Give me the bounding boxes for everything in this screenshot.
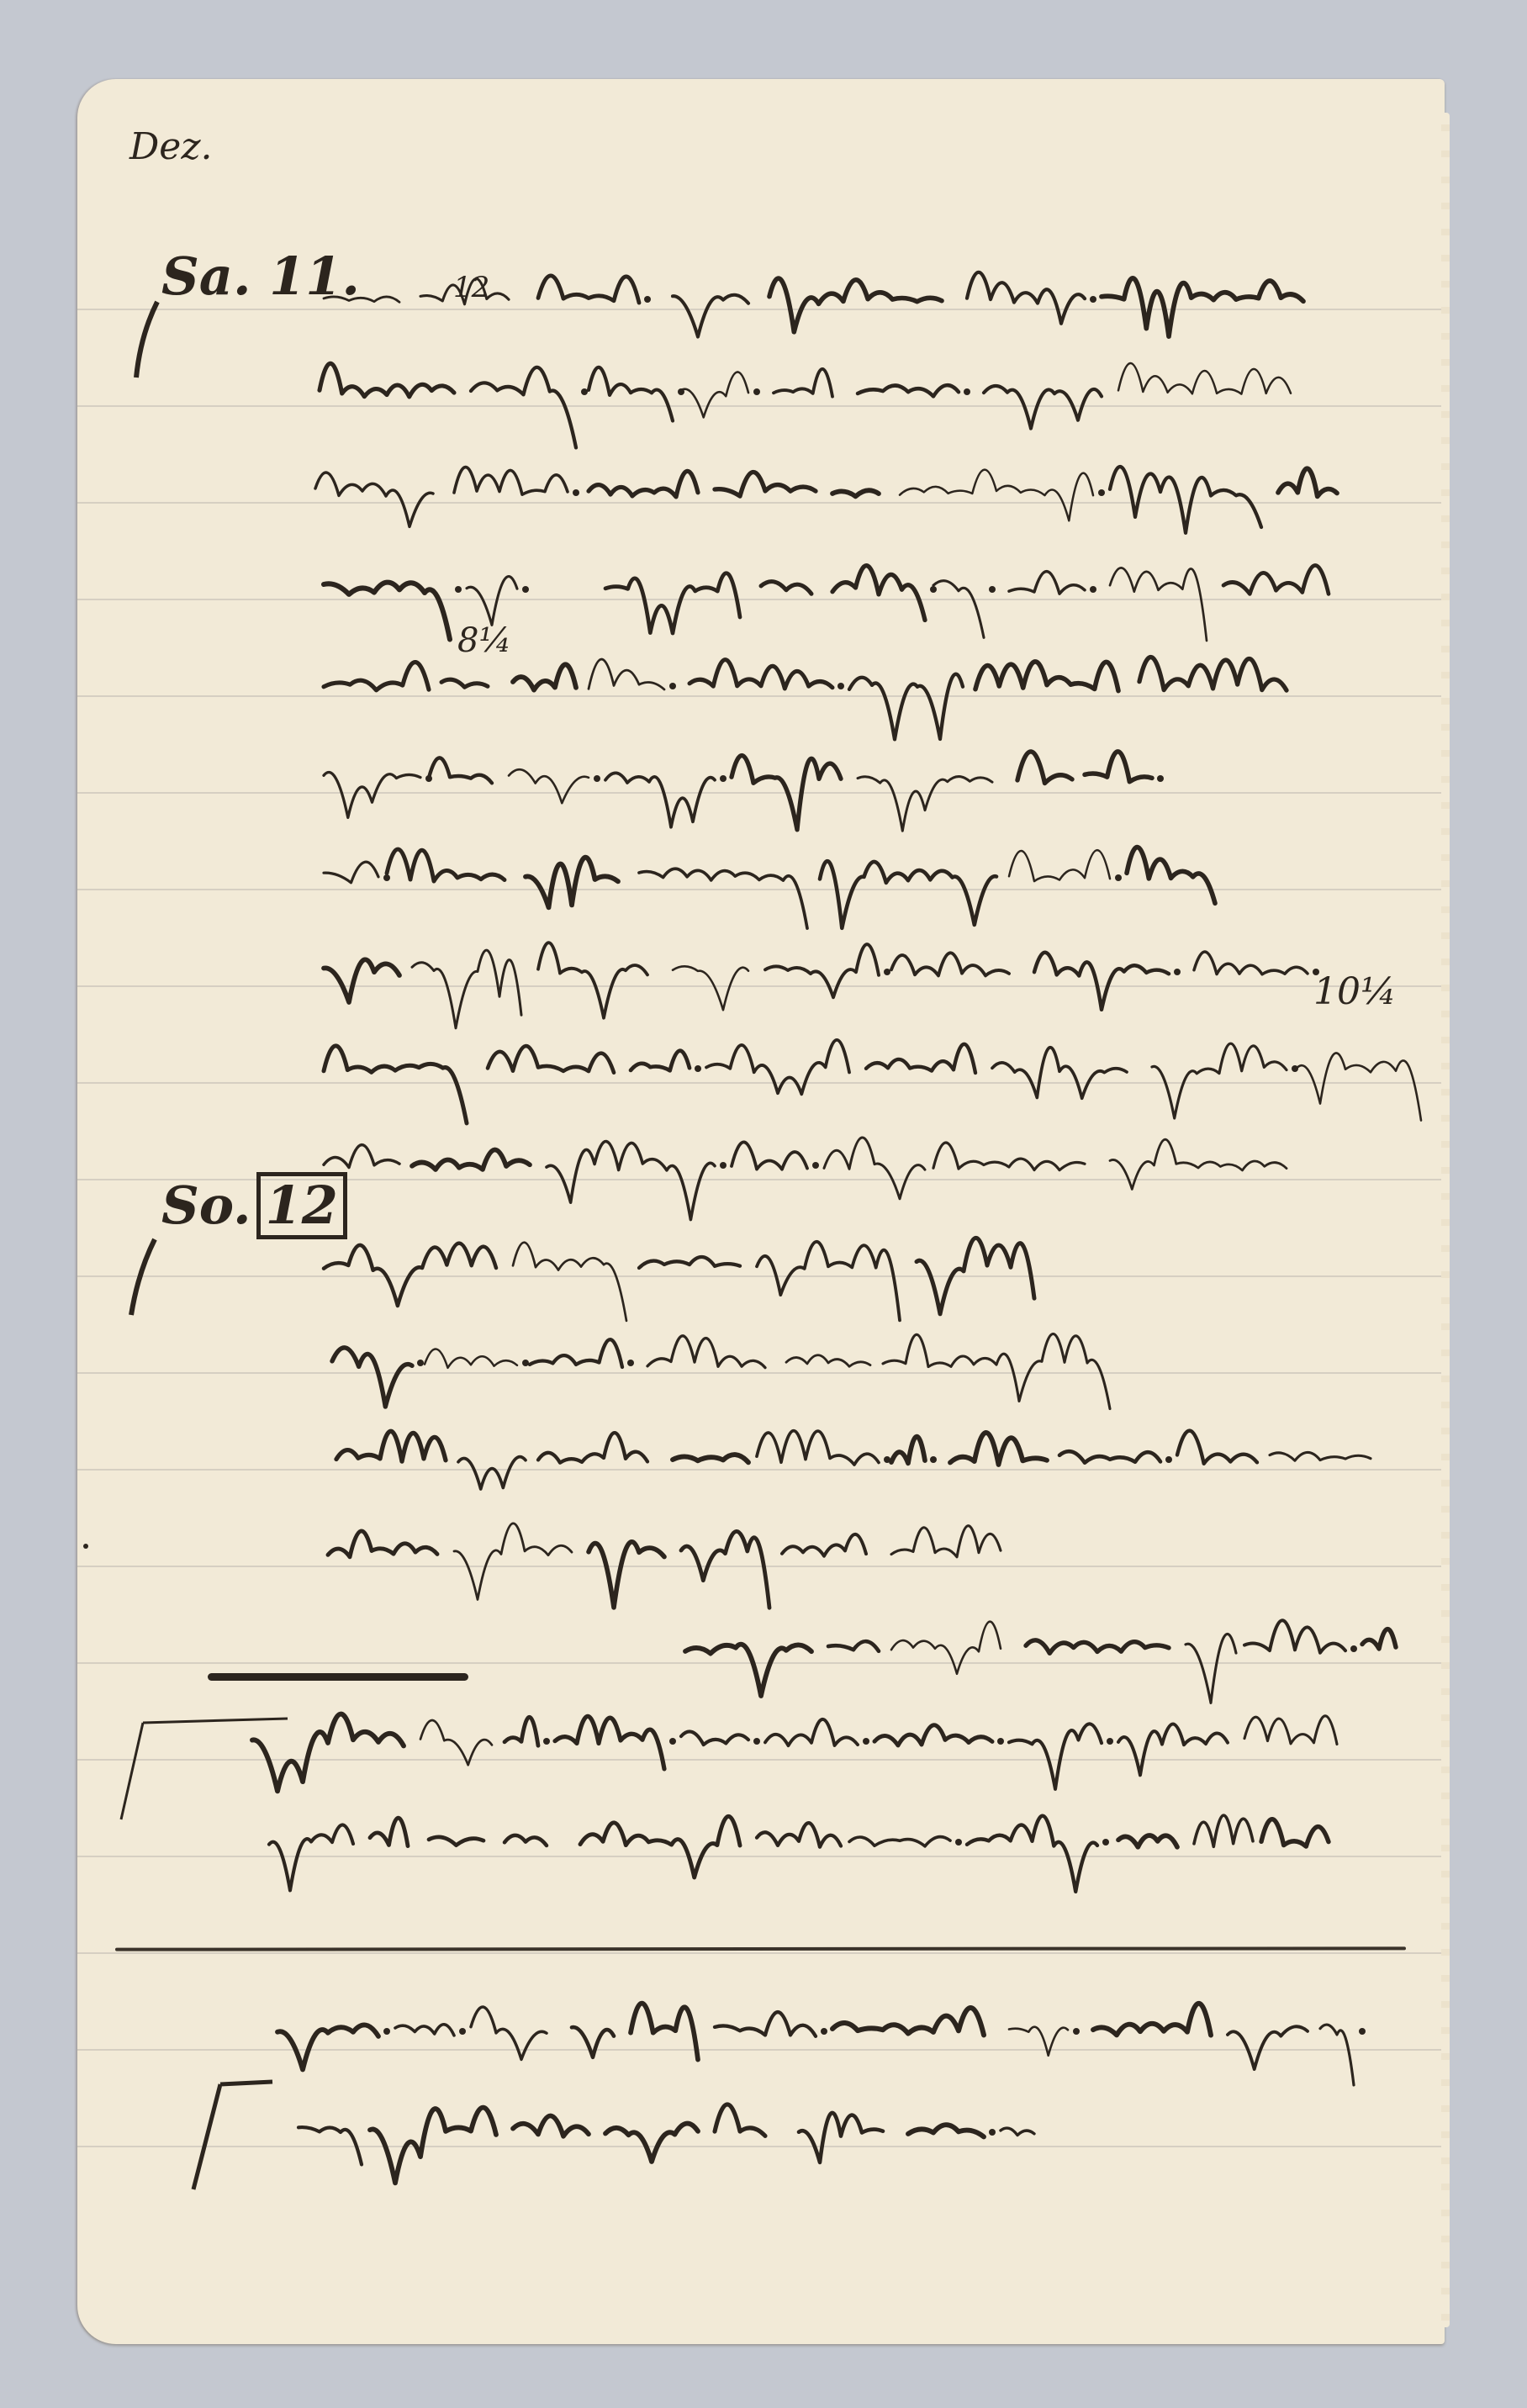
punctuation-dot <box>644 296 651 303</box>
shorthand-word <box>849 1837 950 1846</box>
shorthand-word <box>858 385 959 396</box>
punctuation-dot <box>1102 1839 1109 1846</box>
shorthand-word <box>299 2127 362 2164</box>
shorthand-word <box>1110 568 1207 641</box>
shorthand-word <box>324 862 378 883</box>
shorthand-word <box>1009 2027 1068 2056</box>
shorthand-word <box>420 1720 492 1765</box>
shorthand-word <box>1177 1431 1257 1464</box>
shorthand-word <box>631 1051 690 1071</box>
shorthand-word <box>715 2104 765 2136</box>
shorthand-word <box>681 1731 748 1745</box>
shorthand-word <box>1139 657 1287 691</box>
shorthand-word <box>1261 1819 1329 1846</box>
shorthand-word <box>324 663 429 690</box>
punctuation-dot <box>753 1738 760 1745</box>
shorthand-word <box>1009 572 1085 594</box>
shorthand-word <box>324 773 420 818</box>
shorthand-word <box>336 1431 446 1461</box>
shorthand-word <box>765 1719 858 1745</box>
shorthand-word <box>1017 752 1072 784</box>
shorthand-word <box>1059 1451 1160 1463</box>
shorthand-word <box>538 1433 647 1463</box>
shorthand-word <box>1362 1629 1396 1649</box>
punctuation-dot <box>581 388 588 395</box>
punctuation-dot <box>1350 1645 1357 1652</box>
shorthand-word <box>605 573 740 633</box>
shorthand-word <box>605 773 715 826</box>
day-label-descender-icon <box>131 1239 155 1315</box>
notebook-page: Dez. Sa. 11. So.12 12 8¼ 10¼ <box>77 79 1445 2344</box>
shorthand-word <box>1001 2128 1034 2135</box>
shorthand-word <box>315 473 433 526</box>
shorthand-word <box>324 959 399 1002</box>
shorthand-word <box>605 2124 698 2162</box>
shorthand-word <box>824 1138 925 1199</box>
shorthand-word <box>1244 1716 1337 1745</box>
shorthand-word <box>933 581 984 638</box>
shorthand-word <box>412 950 521 1028</box>
punctuation-dot <box>459 2028 466 2035</box>
shorthand-word <box>1194 1815 1253 1846</box>
shorthand-word <box>370 1818 408 1846</box>
day-label-descender-icon <box>136 302 157 378</box>
stray-ink-dot <box>83 1544 88 1549</box>
shorthand-word <box>332 1348 412 1407</box>
punctuation-dot <box>955 1839 962 1846</box>
shorthand-word <box>526 858 618 908</box>
shorthand-word <box>891 1526 1001 1557</box>
shorthand-word <box>883 1333 1110 1408</box>
shorthand-word <box>320 363 454 397</box>
shorthand-word <box>685 1645 811 1696</box>
shorthand-word <box>1194 952 1308 974</box>
shorthand-word <box>513 664 576 689</box>
shorthand-word <box>324 1244 496 1306</box>
punctuation-dot <box>837 683 844 689</box>
punctuation-dot <box>417 1360 424 1366</box>
shorthand-word <box>1118 1724 1228 1776</box>
punctuation-dot <box>989 586 996 593</box>
shorthand-word <box>1228 2026 1308 2069</box>
punctuation-dot <box>455 586 462 593</box>
shorthand-word <box>992 1048 1127 1099</box>
shorthand-word <box>1127 848 1215 904</box>
shorthand-word <box>1110 1139 1287 1189</box>
punctuation-dot <box>964 388 970 395</box>
shorthand-word <box>589 367 673 421</box>
punctuation-dot <box>1165 1456 1172 1463</box>
shorthand-word <box>538 943 647 1018</box>
shorthand-word <box>1009 1724 1102 1788</box>
shorthand-word <box>513 2115 589 2136</box>
shorthand-word <box>1093 2004 1211 2036</box>
shorthand-word <box>324 583 450 640</box>
shorthand-word <box>891 1622 1001 1674</box>
punctuation-dot <box>821 2028 827 2035</box>
punctuation-dot <box>753 388 760 395</box>
shorthand-word <box>324 297 399 302</box>
punctuation-dot <box>1313 969 1319 975</box>
shorthand-word <box>673 966 748 1010</box>
shorthand-word <box>757 1823 841 1847</box>
shorthand-word <box>471 2007 547 2059</box>
shorthand-word <box>757 1242 900 1320</box>
punctuation-dot <box>383 2028 390 2035</box>
shorthand-word <box>832 490 879 496</box>
capital-f-glyph <box>193 2082 272 2189</box>
punctuation-dot <box>669 1738 676 1745</box>
shorthand-word <box>324 1046 467 1123</box>
shorthand-word <box>858 777 992 832</box>
shorthand-word <box>900 470 1093 521</box>
shorthand-word <box>975 662 1118 691</box>
shorthand-word <box>984 386 1102 429</box>
shorthand-word <box>715 2012 816 2036</box>
shorthand-word <box>513 1243 626 1321</box>
punctuation-dot <box>930 1456 937 1463</box>
punctuation-dot <box>720 775 727 782</box>
shorthand-word <box>580 1816 740 1877</box>
shorthand-word <box>589 1542 664 1608</box>
shorthand-handwriting <box>77 79 1445 2344</box>
shorthand-word <box>706 1040 849 1094</box>
shorthand-word <box>458 1457 526 1489</box>
punctuation-dot <box>1115 874 1122 881</box>
shorthand-word <box>908 2125 984 2136</box>
shorthand-word <box>488 1046 614 1073</box>
shorthand-word <box>395 2025 454 2036</box>
shorthand-word <box>454 1523 572 1600</box>
shorthand-word <box>252 1714 404 1792</box>
punctuation-dot <box>669 683 676 689</box>
shorthand-word <box>832 566 925 620</box>
shorthand-word <box>1085 752 1152 782</box>
shorthand-word <box>1118 1835 1177 1847</box>
shorthand-word <box>1223 565 1329 594</box>
shorthand-word <box>967 1816 1097 1892</box>
punctuation-dot <box>695 1065 701 1072</box>
shorthand-word <box>429 1837 483 1846</box>
shorthand-word <box>1118 363 1291 394</box>
punctuation-dot <box>863 1738 869 1745</box>
shorthand-word <box>572 2027 614 2057</box>
shorthand-word <box>429 758 492 783</box>
shorthand-word <box>950 1433 1047 1465</box>
shorthand-word <box>786 1355 870 1367</box>
punctuation-dot <box>1174 969 1181 975</box>
shorthand-word <box>269 1824 353 1890</box>
shorthand-word <box>874 1725 992 1745</box>
punctuation-dot <box>1090 586 1096 593</box>
shorthand-word <box>673 1455 748 1462</box>
punctuation-dot <box>1359 2028 1366 2035</box>
shorthand-word <box>769 278 942 332</box>
shorthand-word <box>765 944 879 997</box>
shorthand-word <box>1009 850 1110 881</box>
punctuation-dot <box>989 2129 996 2136</box>
shorthand-word <box>454 467 568 495</box>
shorthand-word <box>387 849 505 881</box>
shorthand-word <box>467 577 517 626</box>
shorthand-word <box>891 953 1009 975</box>
shorthand-word <box>425 1349 517 1368</box>
shorthand-word <box>866 1044 975 1073</box>
shorthand-word <box>639 869 807 928</box>
shorthand-word <box>1110 467 1261 533</box>
punctuation-dot <box>720 1162 727 1169</box>
shorthand-word <box>277 2025 378 2069</box>
shorthand-word <box>828 1641 879 1651</box>
shorthand-word <box>757 1431 879 1465</box>
shorthand-word <box>555 1716 664 1769</box>
punctuation-dot <box>997 1738 1004 1745</box>
shorthand-word <box>1320 2025 1354 2085</box>
shorthand-word <box>1152 1043 1287 1118</box>
shorthand-word <box>832 2008 984 2035</box>
shorthand-word <box>538 276 639 303</box>
shorthand-word <box>547 1141 715 1219</box>
shorthand-word <box>849 674 963 740</box>
shorthand-word <box>1186 1634 1236 1703</box>
shorthand-word <box>441 679 488 687</box>
punctuation-dot <box>573 489 579 496</box>
punctuation-dot <box>522 586 529 593</box>
shorthand-word <box>732 1142 807 1169</box>
shorthand-word <box>631 2004 698 2060</box>
shorthand-word <box>1244 1620 1345 1652</box>
shorthand-word <box>732 756 841 830</box>
punctuation-dot <box>522 1360 529 1366</box>
punctuation-dot <box>884 969 890 975</box>
punctuation-dot <box>930 586 937 593</box>
shorthand-word <box>715 472 816 496</box>
punctuation-dot <box>1157 775 1164 782</box>
shorthand-word <box>933 1143 1085 1170</box>
shorthand-word <box>420 278 509 304</box>
punctuation-dot <box>1073 2028 1080 2035</box>
shorthand-word <box>509 769 589 803</box>
shorthand-word <box>690 660 832 689</box>
shorthand-word <box>891 1437 925 1464</box>
punctuation-dot <box>594 775 600 782</box>
shorthand-word <box>917 1238 1034 1313</box>
shorthand-word <box>639 1257 740 1268</box>
shorthand-word <box>1278 468 1337 496</box>
shorthand-word <box>505 1717 538 1745</box>
shorthand-word <box>761 582 811 594</box>
punctuation-dot <box>627 1360 634 1366</box>
shorthand-word <box>530 1339 622 1367</box>
shorthand-word <box>505 1835 547 1846</box>
shorthand-word <box>1026 1640 1169 1653</box>
shorthand-word <box>328 1531 437 1557</box>
shorthand-word <box>1102 278 1303 336</box>
shorthand-word <box>589 659 664 689</box>
shorthand-word <box>1295 1053 1421 1120</box>
shorthand-word <box>324 1145 399 1168</box>
punctuation-dot <box>1098 489 1105 496</box>
shorthand-word <box>673 295 748 337</box>
shorthand-word <box>589 471 698 496</box>
shorthand-word <box>412 1150 530 1170</box>
shorthand-word <box>799 2113 883 2162</box>
shorthand-word <box>782 1534 866 1556</box>
shorthand-word <box>774 369 832 397</box>
punctuation-dot <box>543 1738 550 1745</box>
shorthand-word <box>647 1336 765 1368</box>
shorthand-word <box>471 367 576 448</box>
shorthand-word <box>1270 1452 1371 1460</box>
punctuation-dot <box>1090 296 1096 303</box>
punctuation-dot <box>812 1162 819 1169</box>
note-bracket-mark <box>121 1719 288 1819</box>
shorthand-word <box>681 1531 769 1608</box>
punctuation-dot <box>1107 1738 1113 1745</box>
shorthand-word <box>820 861 996 928</box>
punctuation-dot <box>383 874 390 881</box>
shorthand-word <box>681 372 748 417</box>
shorthand-word <box>1034 953 1169 1010</box>
shorthand-word <box>370 2108 496 2184</box>
shorthand-word <box>967 272 1085 324</box>
